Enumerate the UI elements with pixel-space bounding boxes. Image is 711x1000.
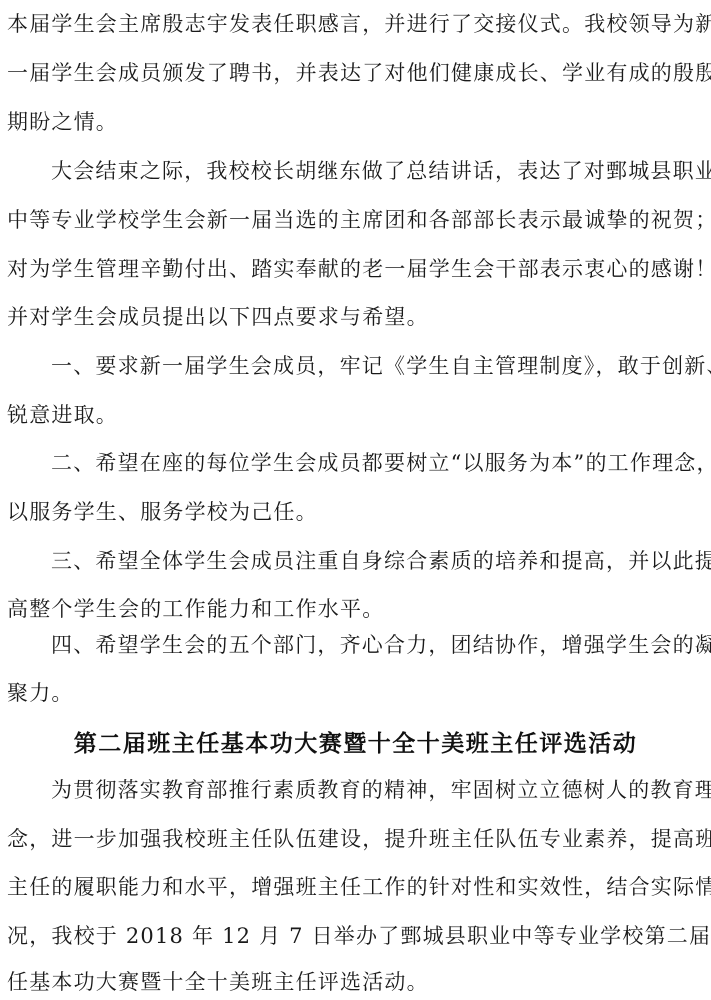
text-line: 高整个学生会的工作能力和工作水平。 xyxy=(7,596,697,622)
text-line: 况，我校于 2018 年 12 月 7 日举办了鄄城县职业中等专业学校第二届班主 xyxy=(7,923,697,949)
text-line: 中等专业学校学生会新一届当选的主席团和各部部长表示最诚挚的祝贺； xyxy=(7,207,697,233)
text-line: 一届学生会成员颁发了聘书，并表达了对他们健康成长、学业有成的殷殷 xyxy=(7,60,697,86)
document-page: 本届学生会主席殷志宇发表任职感言，并进行了交接仪式。我校领导为新 一届学生会成员… xyxy=(0,0,711,1000)
text-line: 聚力。 xyxy=(7,680,697,706)
text-line: 三、希望全体学生会成员注重自身综合素质的培养和提高，并以此提 xyxy=(51,548,697,574)
text-line: 一、要求新一届学生会成员，牢记《学生自主管理制度》，敢于创新、 xyxy=(51,353,697,379)
text-line: 四、希望学生会的五个部门，齐心合力，团结协作，增强学生会的凝 xyxy=(51,632,697,658)
text-line: 以服务学生、服务学校为己任。 xyxy=(7,499,697,525)
text-line: 期盼之情。 xyxy=(7,109,697,135)
text-line: 锐意进取。 xyxy=(7,402,697,428)
text-line: 二、希望在座的每位学生会成员都要树立“以服务为本”的工作理念， xyxy=(51,450,697,476)
text-line: 任基本功大赛暨十全十美班主任评选活动。 xyxy=(7,969,697,995)
text-line: 并对学生会成员提出以下四点要求与希望。 xyxy=(7,304,697,330)
text-line: 主任的履职能力和水平，增强班主任工作的针对性和实效性，结合实际情 xyxy=(7,874,697,900)
section-heading: 第二届班主任基本功大赛暨十全十美班主任评选活动 xyxy=(0,729,711,759)
text-line: 对为学生管理辛勤付出、踏实奉献的老一届学生会干部表示衷心的感谢！ xyxy=(7,256,697,282)
text-line: 为贯彻落实教育部推行素质教育的精神，牢固树立立德树人的教育理 xyxy=(51,777,697,803)
text-line: 大会结束之际，我校校长胡继东做了总结讲话，表达了对鄄城县职业 xyxy=(51,158,697,184)
text-line: 念，进一步加强我校班主任队伍建设，提升班主任队伍专业素养，提高班 xyxy=(7,826,697,852)
text-line: 本届学生会主席殷志宇发表任职感言，并进行了交接仪式。我校领导为新 xyxy=(7,11,697,37)
